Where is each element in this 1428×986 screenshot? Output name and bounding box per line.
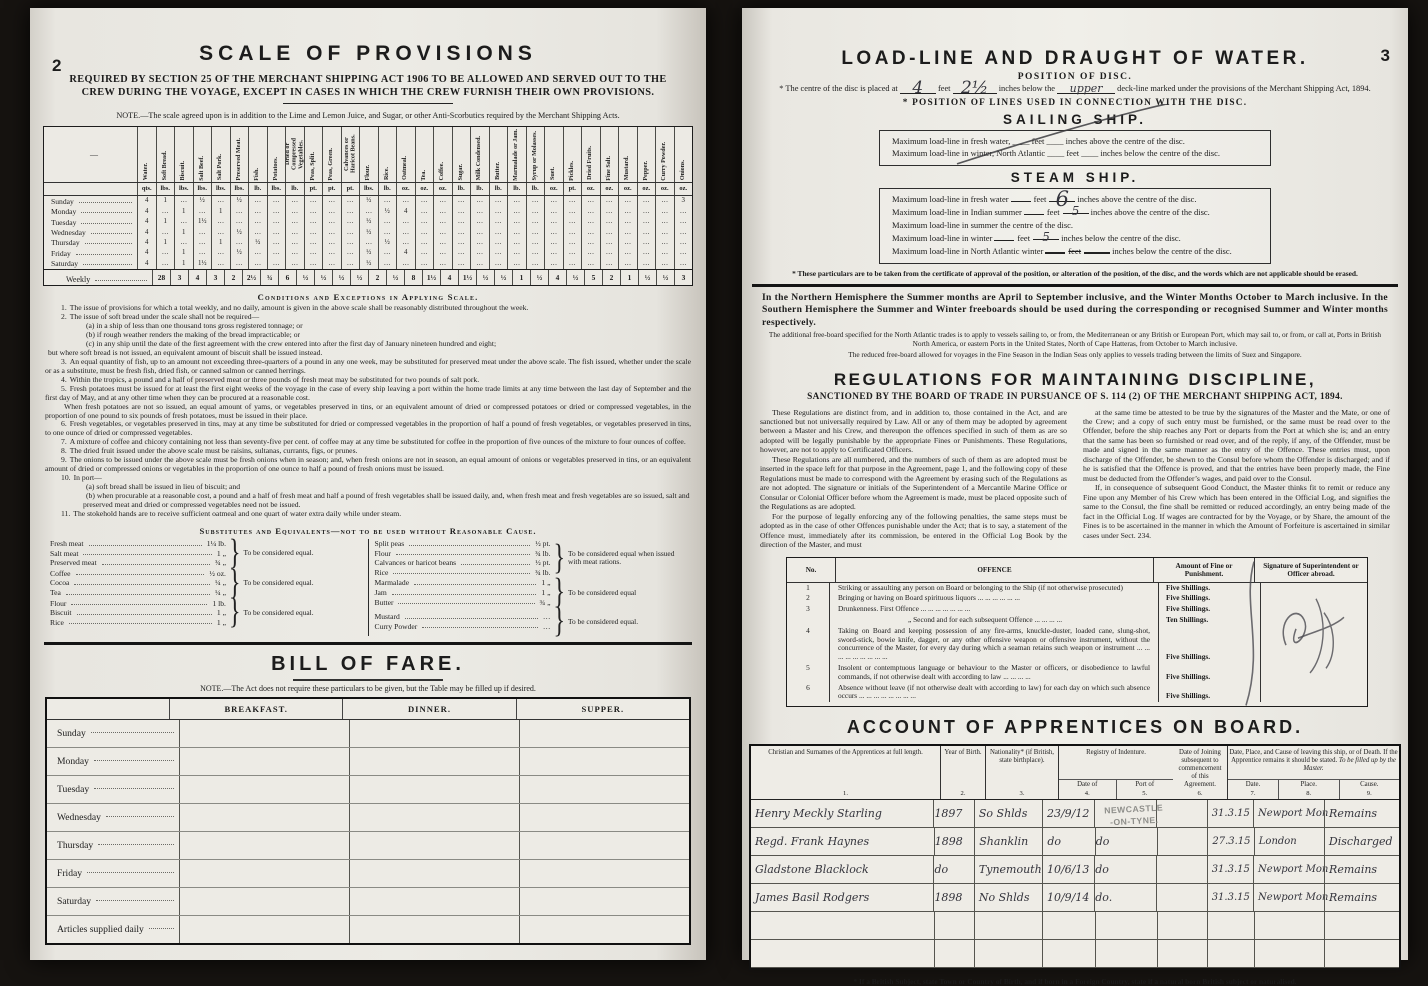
provision-unit: oz. (433, 183, 452, 195)
substitute-label: Preserved meat (50, 558, 97, 568)
provision-value-cell: … (341, 228, 360, 238)
provision-unit: lb. (285, 183, 304, 195)
leaving-place: Newport Mon (1254, 808, 1328, 819)
apprentices-body: Henry Meckly Starling 1897 So Shlds 23/9… (751, 800, 1399, 968)
substitute-label: Fresh meat (50, 539, 84, 549)
provision-value-cell: … (415, 259, 434, 269)
provision-day-label: Weekly (66, 275, 90, 284)
provision-column-header: Soft Bread. (156, 127, 175, 182)
apprentice-row (751, 940, 1399, 968)
substitute-label: Calvances or haricot beans (375, 558, 457, 568)
provision-column-header: Fine Salt. (600, 127, 619, 182)
condition-number: 9. (61, 455, 67, 464)
brace-glyph: } (229, 593, 241, 634)
substitute-quantity: 1¼ lb. (207, 539, 226, 549)
substitute-item: Fresh meat1¼ lb. (50, 539, 226, 549)
provision-value-cell: 1 (156, 217, 175, 227)
leader-dots (405, 612, 538, 619)
leader-dots (77, 608, 212, 615)
particulars-note: * These particulars are to be taken from… (750, 269, 1400, 278)
provision-unit: pt. (341, 183, 360, 195)
supper-cell (519, 832, 689, 859)
provision-value-cell: 4 (137, 217, 156, 227)
substitute-quantity: ¾ lb. (535, 549, 550, 559)
provision-unit: lbs. (193, 183, 212, 195)
offence-number: 6 (787, 683, 829, 703)
provision-value-cell: … (674, 207, 693, 217)
provision-value-cell: … (452, 248, 471, 258)
bill-of-fare-row: Sunday (47, 720, 689, 747)
provision-value-cell: … (655, 228, 674, 238)
apprentice-nationality: So Shlds (975, 807, 1027, 820)
substitute-label: Split peas (375, 539, 405, 549)
provision-value-cell: 2 (602, 270, 620, 285)
name-header: Christian and Surnames of the Apprentice… (753, 749, 938, 757)
substitute-group: Marmalade1 „Jam1 „Butter¾ „ } To be cons… (375, 578, 687, 607)
offence-number: 3 (787, 604, 829, 615)
provision-value-cell: … (600, 228, 619, 238)
provision-value-cell: … (655, 259, 674, 269)
provision-value-cell: … (600, 196, 619, 206)
blank-line (1024, 206, 1044, 215)
steam-ship-line: Maximum load-line in winterfeet5inches b… (892, 231, 1258, 244)
provision-value-cell: … (174, 238, 193, 248)
provision-value-cell: … (285, 217, 304, 227)
leader-dots (71, 599, 207, 606)
provision-unit: pt. (322, 183, 341, 195)
offence-row: 4 Taking on Board and keeping possession… (787, 626, 1367, 663)
provision-value-cell: … (581, 217, 600, 227)
substitute-item: Coffee½ oz. (50, 569, 226, 579)
registry-group-label: Registry of Indenture. (1059, 749, 1173, 757)
offences-section: No. OFFENCE Amount of Fine or Punishment… (786, 557, 1368, 708)
offence-header: OFFENCE (835, 558, 1153, 582)
blank-line (1084, 244, 1110, 254)
leaving-date: 31.3.15 (1208, 892, 1250, 903)
provision-value-cell: … (156, 228, 175, 238)
provision-column-header: Syrup or Molasses. (526, 127, 545, 182)
provision-value-cell: … (211, 259, 230, 269)
provision-day-label: Wednesday (51, 228, 86, 237)
provision-value-cell: … (470, 196, 489, 206)
provision-value-cell: … (341, 238, 360, 248)
leader-dots (98, 844, 174, 845)
offences-header-row: No. OFFENCE Amount of Fine or Punishment… (787, 558, 1367, 583)
bill-of-fare-title: BILL OF FARE. (30, 653, 706, 676)
provision-value-cell: … (285, 259, 304, 269)
offence-row: 3 Drunkenness. First Offence ... ... ...… (787, 604, 1367, 615)
substitute-label: Mustard (375, 612, 400, 622)
leader-dots (87, 872, 174, 873)
provision-value-cell: … (174, 196, 193, 206)
leader-dots (91, 233, 132, 234)
provision-value-cell: 6 (278, 270, 296, 285)
leaving-date: 31.3.15 (1208, 864, 1250, 875)
provision-value-cell: 4 (137, 196, 156, 206)
provision-value-cell: ½ (248, 238, 267, 248)
disc-line-prefix: * The centre of the disc is placed at (779, 84, 897, 93)
leader-dots (95, 280, 147, 281)
substitute-label: Tea (50, 588, 61, 598)
provision-value-cell: … (378, 217, 397, 227)
supper-cell (519, 748, 689, 775)
apprentice-row: Gladstone Blacklock do Tynemouth 10/6/13… (751, 856, 1399, 884)
substitute-note: To be considered equal. (244, 579, 362, 587)
discipline-subtitle: SANCTIONED BY THE BOARD OF TRADE IN PURS… (742, 392, 1408, 402)
provision-value-cell: … (526, 259, 545, 269)
provision-value-cell: … (267, 238, 286, 248)
substitute-item: Preserved meat¾ „ (50, 558, 226, 568)
substitute-group: Split peas½ pt.Flour¾ lb.Calvances or ha… (375, 539, 687, 577)
provision-value-cell: … (248, 207, 267, 217)
provision-unit: oz. (396, 183, 415, 195)
substitute-label: Biscuit (50, 608, 72, 618)
provisions-table: — Water.Soft Bread.Biscuit.Salt Beef.Sal… (43, 126, 693, 286)
provision-value-cell: … (433, 217, 452, 227)
substitute-label: Salt meat (50, 549, 78, 559)
provision-column-header: Salt Pork. (211, 127, 230, 182)
provision-value-cell: … (637, 196, 656, 206)
provision-value-cell: … (544, 207, 563, 217)
provision-value-cell: … (674, 259, 693, 269)
conditions-heading: Conditions and Exceptions in Applying Sc… (30, 292, 706, 302)
supper-cell (519, 720, 689, 747)
provision-value-cell: … (248, 228, 267, 238)
provision-value-cell: 4 (188, 270, 206, 285)
provision-value-cell: … (600, 238, 619, 248)
substitute-label: Rice (375, 568, 389, 578)
provision-value-cell: … (526, 207, 545, 217)
steam-line-tail: inches below the centre of the disc. (1061, 233, 1181, 243)
provision-value-cell: … (563, 207, 582, 217)
condition-item: 11.The stokehold hands are to receive su… (45, 510, 691, 519)
condition-item: 9.The onions to be issued under the abov… (45, 456, 691, 474)
provision-value-cell: … (600, 259, 619, 269)
provision-value-cell: … (248, 259, 267, 269)
section-rule (44, 642, 692, 645)
substitute-group: Fresh meat1¼ lb.Salt meat1 „Preserved me… (50, 539, 362, 568)
leader-dots (414, 578, 536, 585)
provision-value-cell: … (285, 248, 304, 258)
provision-value-cell: 5 (584, 270, 602, 285)
bill-of-fare-row: Monday (47, 747, 689, 775)
apprentice-row (751, 912, 1399, 940)
offence-signature-cell (1260, 615, 1367, 626)
provision-unit: lb. (470, 183, 489, 195)
provision-value-cell: ½ (230, 228, 249, 238)
leader-dots (76, 569, 205, 576)
handwritten-inches-value: 6 (1056, 187, 1069, 211)
provision-row: Sunday 41…½…½………………½…………………………………………3 (44, 196, 692, 206)
provision-value-cell: … (396, 196, 415, 206)
condition-text: (b) when procurable at a reasonable cost… (83, 491, 690, 509)
provision-value-cell: 4 (548, 270, 566, 285)
provision-value-cell: … (489, 207, 508, 217)
provision-column-header: Curry Powder. (655, 127, 674, 182)
provision-value-cell: … (618, 259, 637, 269)
provision-value-cell: … (285, 228, 304, 238)
provision-value-cell: … (304, 238, 323, 248)
apprentice-name: Henry Meckly Starling (751, 807, 882, 820)
birth-header: Year of Birth. (943, 749, 983, 757)
provision-value-cell: … (433, 196, 452, 206)
provision-value-cell: … (230, 259, 249, 269)
provision-value-cell: … (581, 238, 600, 248)
provision-value-cell: … (618, 238, 637, 248)
provision-value-cell: … (544, 259, 563, 269)
provision-value-cell: ¾ (260, 270, 278, 285)
leader-dots (94, 760, 174, 761)
substitute-note: To be considered equal. (568, 618, 686, 626)
provision-unit: oz. (544, 183, 563, 195)
substitute-quantity: … (543, 612, 551, 622)
offence-row: 1 Striking or assaulting any person on B… (787, 583, 1367, 594)
offence-fine: Five Shillings. (1158, 626, 1260, 663)
leader-dots (81, 223, 132, 224)
dinner-cell (349, 720, 519, 747)
title-rule (283, 103, 453, 104)
joining-header: Date of Joining subsequent to commenceme… (1175, 749, 1225, 788)
provision-value-cell: … (452, 259, 471, 269)
provision-value-cell: 2 (224, 270, 242, 285)
offence-signature-cell (1260, 626, 1367, 663)
substitute-item: Calvances or haricot beans½ pt. (375, 558, 551, 568)
provision-value-cell: … (267, 196, 286, 206)
supper-cell (519, 888, 689, 915)
provision-value-cell: … (174, 217, 193, 227)
provision-value-cell: … (341, 248, 360, 258)
provision-value-cell: … (322, 238, 341, 248)
provision-value-cell: … (452, 196, 471, 206)
provision-value-cell: … (396, 259, 415, 269)
provision-value-cell: ½ (638, 270, 656, 285)
substitute-item: Salt meat1 „ (50, 549, 226, 559)
provision-value-cell: … (415, 238, 434, 248)
provision-value-cell: … (563, 238, 582, 248)
provision-value-cell: ½ (476, 270, 494, 285)
provision-value-cell: … (526, 228, 545, 238)
substitute-quantity: ¼ „ (215, 588, 226, 598)
provision-value-cell: … (304, 248, 323, 258)
provision-value-cell: … (674, 238, 693, 248)
handwritten-inches-value: 5 (1072, 204, 1080, 218)
offence-number: 4 (787, 626, 829, 663)
provision-value-cell: … (526, 196, 545, 206)
provision-column-header: Flour. (359, 127, 378, 182)
provision-value-cell: … (452, 207, 471, 217)
substitute-item: Biscuit1 „ (50, 608, 226, 618)
provision-value-cell: 4 (137, 259, 156, 269)
provision-value-cell: … (637, 238, 656, 248)
offence-text: Taking on Board and keeping possession o… (829, 626, 1158, 663)
provision-value-cell: … (211, 248, 230, 258)
provision-value-cell: ½ (359, 196, 378, 206)
provision-value-cell: ½ (530, 270, 548, 285)
provision-value-cell: … (433, 207, 452, 217)
provision-value-cell: 1 (620, 270, 638, 285)
left-page-subtitle: REQUIRED BY SECTION 25 OF THE MERCHANT S… (68, 73, 668, 99)
brace-glyph: } (553, 601, 565, 642)
provision-value-cell: ½ (359, 248, 378, 258)
leader-dots (91, 732, 174, 733)
substitutes-columns: Fresh meat1¼ lb.Salt meat1 „Preserved me… (44, 539, 692, 636)
offence-row: „ Second and for each subsequent Offence… (787, 615, 1367, 626)
bill-day-label: Wednesday (57, 812, 101, 823)
condition-item: 5.Fresh potatoes must be issued for at l… (45, 385, 691, 403)
provision-value-cell: … (230, 207, 249, 217)
substitutes-right-column: Split peas½ pt.Flour¾ lb.Calvances or ha… (368, 539, 693, 636)
provision-day-label: Saturday (51, 259, 78, 268)
supper-cell (519, 860, 689, 887)
provision-value-cell: … (618, 217, 637, 227)
provision-value-cell: … (655, 238, 674, 248)
provision-unit: lb. (378, 183, 397, 195)
offence-number: 2 (787, 593, 829, 604)
provision-value-cell: … (193, 207, 212, 217)
provision-value-cell: … (544, 228, 563, 238)
condition-text: The issue of provisions for which a tota… (70, 303, 529, 312)
substitute-label: Flour (50, 599, 66, 609)
scale-note: NOTE.—The scale agreed upon is in additi… (40, 111, 696, 120)
provision-value-cell: … (378, 259, 397, 269)
condition-item: When fresh potatoes are not so issued, a… (45, 403, 691, 421)
offence-signature-cell (1260, 663, 1367, 683)
provision-unit: lbs. (267, 183, 286, 195)
provision-value-cell: … (230, 217, 249, 227)
offence-number (787, 615, 829, 626)
provision-column-header: Potatoes. (267, 127, 286, 182)
provision-value-cell: … (267, 259, 286, 269)
leader-dots (102, 558, 210, 565)
registry-group-header: Registry of Indenture. Date of4. Port of… (1058, 746, 1173, 799)
provision-column-header: Biscuit. (174, 127, 193, 182)
provision-value-cell: … (526, 217, 545, 227)
provision-value-cell: … (248, 248, 267, 258)
provision-unit: qts. (137, 183, 156, 195)
substitute-item: Jam1 „ (375, 588, 551, 598)
provision-value-cell: 2 (368, 270, 386, 285)
condition-number: 6. (61, 419, 67, 428)
indenture-date: 10/9/14 (1043, 891, 1089, 904)
provision-column-header: Tea. (415, 127, 434, 182)
provision-unit: lbs. (211, 183, 230, 195)
provision-unit: lb. (452, 183, 471, 195)
breakfast-cell (179, 832, 349, 859)
provision-value-cell: … (489, 217, 508, 227)
condition-number: 3. (61, 357, 67, 366)
substitutes-heading: Substitutes and Equivalents—not to be us… (30, 526, 706, 536)
column-number: 4. (1061, 790, 1114, 798)
provision-column-header: Marmalade or Jam. (507, 127, 526, 182)
apprentice-birth-year: 1898 (934, 891, 973, 904)
leaving-date: 31.3.15 (1208, 808, 1250, 819)
provision-unit: oz. (637, 183, 656, 195)
left-page-title: SCALE OF PROVISIONS (30, 42, 706, 66)
provision-value-cell: … (156, 207, 175, 217)
provision-value-cell: 3 (206, 270, 224, 285)
column-number: 7. (1230, 790, 1276, 798)
bill-day-label: Tuesday (57, 784, 89, 795)
provision-value-cell: … (341, 259, 360, 269)
substitute-label: Butter (375, 598, 394, 608)
condition-text: A mixture of coffee and chicory containi… (70, 437, 686, 446)
provision-value-cell: … (230, 238, 249, 248)
sailing-ship-heading: SAILING SHIP. (742, 112, 1408, 127)
regulation-paragraph: at the same time be attested to be true … (1083, 408, 1390, 484)
port-of-header: Port of (1119, 781, 1172, 789)
steam-ship-line: Maximum load-line in summer the centre o… (892, 219, 1258, 231)
offence-text: Drunkenness. First Offence ... ... ... .… (829, 604, 1158, 615)
provision-value-cell: … (526, 238, 545, 248)
condition-number: 1. (61, 303, 67, 312)
breakfast-cell (179, 776, 349, 803)
provision-value-cell: … (489, 238, 508, 248)
conditions-list: 1.The issue of provisions for which a to… (45, 304, 691, 519)
leaving-cause: Remains (1325, 863, 1377, 876)
provision-value-cell: 28 (152, 270, 170, 285)
provision-value-cell: … (433, 228, 452, 238)
apprentice-row: Regd. Frank Haynes 1898 Shanklin do do 2… (751, 828, 1399, 856)
condition-number: 4. (61, 375, 67, 384)
provision-value-cell: … (637, 228, 656, 238)
provision-value-cell: … (581, 248, 600, 258)
provision-value-cell: … (415, 207, 434, 217)
provision-value-cell: 1 (156, 238, 175, 248)
provision-value-cell: ½ (314, 270, 332, 285)
dinner-cell (349, 888, 519, 915)
feet-word: feet (1068, 246, 1081, 256)
provision-unit: lbs. (156, 183, 175, 195)
provision-unit: pt. (563, 183, 582, 195)
provision-column-header: Water. (137, 127, 156, 182)
provision-value-cell: … (674, 217, 693, 227)
leaving-group-header: Date, Place, and Cause of leaving this s… (1227, 746, 1399, 799)
provision-value-cell: … (655, 248, 674, 258)
disc-line-suffix: deck-line marked under the provisions of… (1117, 84, 1371, 93)
provision-value-cell: … (470, 207, 489, 217)
provision-column-header: Coffee. (433, 127, 452, 182)
provision-value-cell: … (489, 228, 508, 238)
provision-value-cell: … (618, 248, 637, 258)
provision-row: Thursday 41……1…½………………½………………………………………… (44, 238, 692, 248)
bill-of-fare-row: Articles supplied daily (47, 915, 689, 943)
apprentice-birth-year: do (934, 863, 973, 876)
provision-unit: oz. (674, 183, 693, 195)
condition-number: 7. (61, 437, 67, 446)
indenture-port: do (1095, 863, 1156, 876)
offence-fine: Five Shillings. (1158, 583, 1260, 594)
provision-value-cell: … (248, 217, 267, 227)
substitute-quantity: ½ pt. (535, 539, 550, 549)
blank-line (1011, 193, 1031, 202)
blank-line: 6 (1049, 193, 1075, 202)
substitute-note: To be considered equal. (244, 549, 362, 557)
steam-ship-line: Maximum load-line in North Atlantic wint… (892, 244, 1258, 257)
leader-dots (66, 588, 210, 595)
provision-column-header: Peas, Green. (322, 127, 341, 182)
indenture-port: do (1096, 835, 1157, 848)
load-line-title: LOAD-LINE AND DRAUGHT OF WATER. (742, 48, 1408, 70)
provision-value-cell: … (193, 238, 212, 248)
offence-fine: Five Shillings. (1158, 593, 1260, 604)
substitute-item: Split peas½ pt. (375, 539, 551, 549)
handwritten-inches-value: 2½ (961, 78, 988, 98)
apprentices-table: Christian and Surnames of the Apprentice… (749, 744, 1401, 970)
provision-unit: oz. (618, 183, 637, 195)
steam-line-tail: inches above the centre of the disc. (1091, 207, 1210, 217)
provision-value-cell: … (359, 207, 378, 217)
apprentice-nationality: No Shlds (975, 891, 1030, 904)
